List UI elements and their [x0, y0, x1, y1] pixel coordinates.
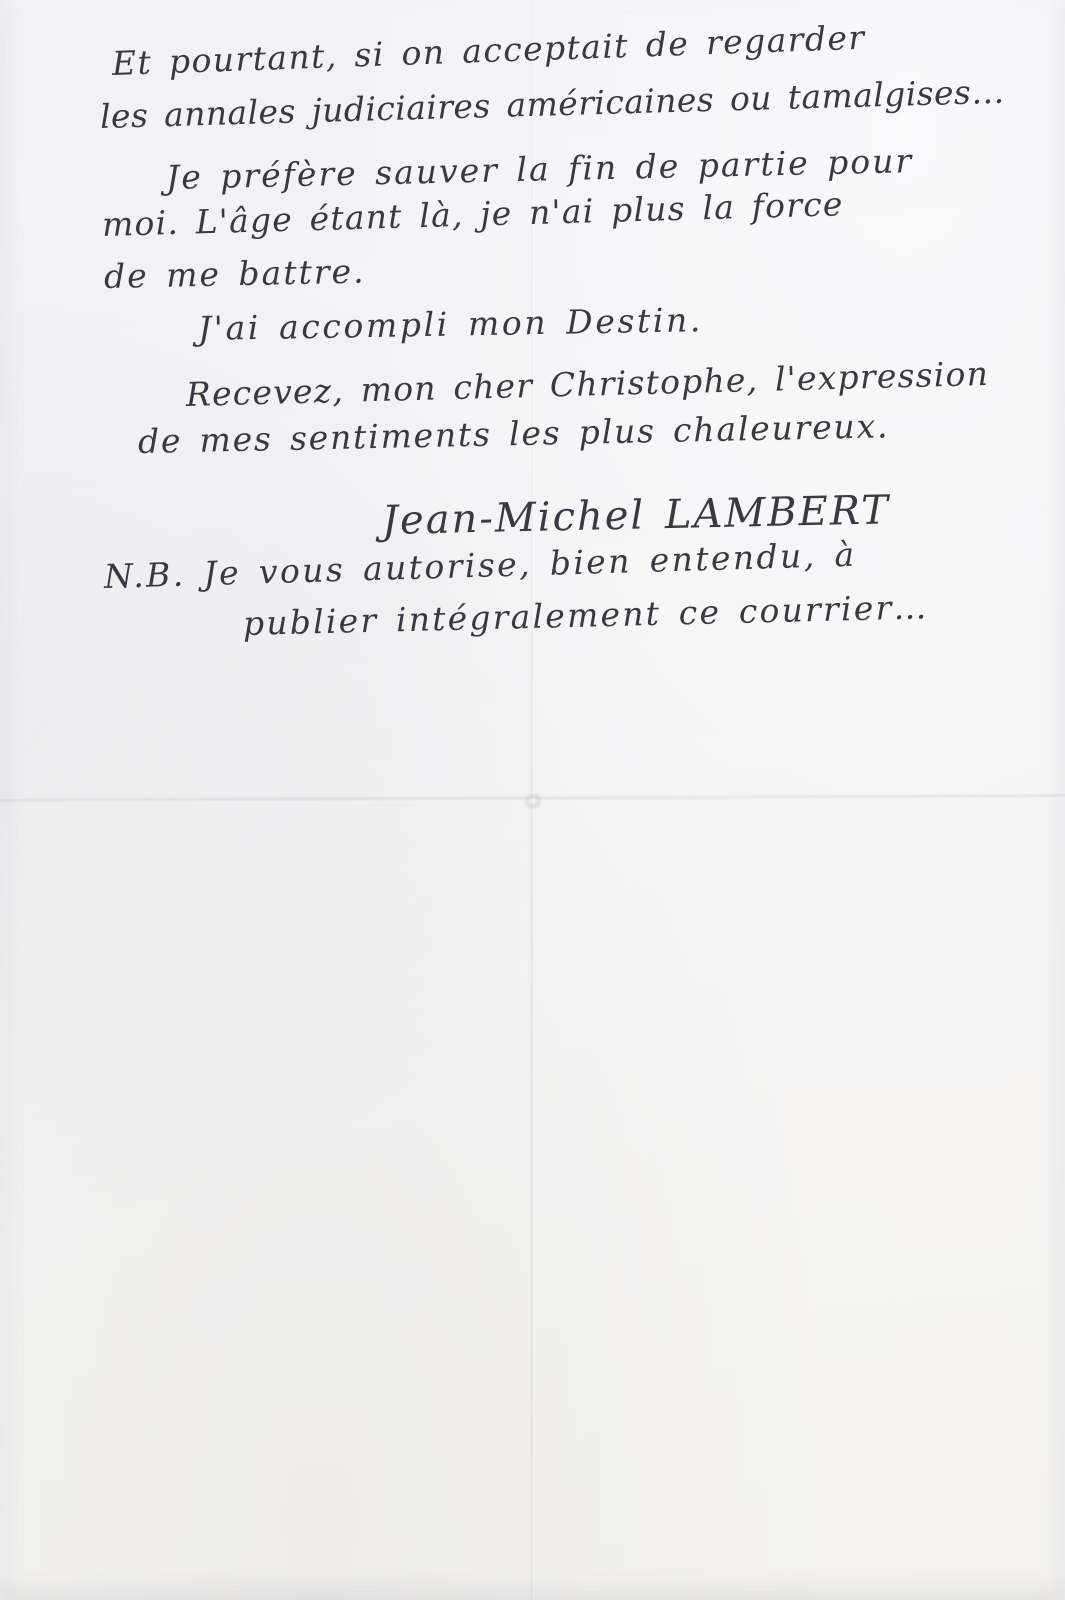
letter-page: Et pourtant, si on acceptait de regarder… [0, 0, 1065, 1600]
letter-line-6: J'ai accompli mon Destin. [198, 300, 704, 348]
letter-line-7: Recevez, mon cher Christophe, l'expressi… [185, 354, 989, 414]
postscript-line-2: publier intégralement ce courrier… [243, 587, 930, 643]
fold-intersection-mark [524, 793, 542, 809]
letter-line-5: de me battre. [104, 252, 366, 296]
postscript-line-1: N.B. Je vous autorise, bien entendu, à [103, 535, 857, 596]
letter-line-2: les annales judiciaires américaines ou t… [99, 72, 1005, 136]
letter-line-1: Et pourtant, si on acceptait de regarder [111, 18, 866, 83]
letter-line-8: de mes sentiments les plus chaleureux. [138, 406, 890, 461]
